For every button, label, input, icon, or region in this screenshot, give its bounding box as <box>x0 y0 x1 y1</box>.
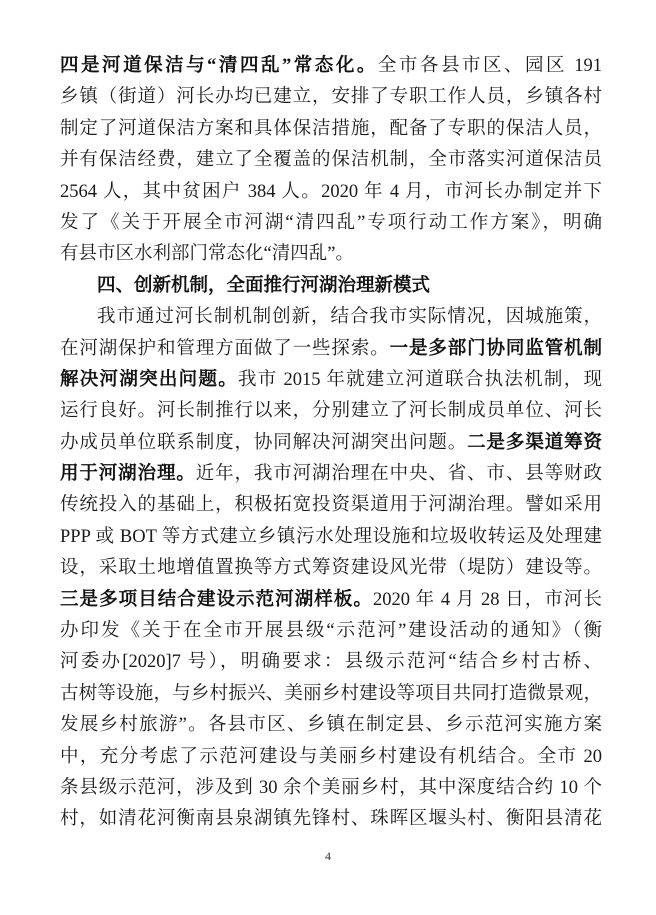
text-line: 古树等设施，与乡村振兴、美丽乡村建设等项目共同打造微景观， <box>60 679 602 710</box>
text-run: 办成员单位联系制度，协同解决河湖突出问题。 <box>60 433 467 453</box>
text-line: 设，采取土地增值置换等方式筹资建设风光带（堤防）建设等。 <box>60 553 602 584</box>
text-run: 有县市区水利部门常态化“清四乱”。 <box>60 244 354 264</box>
text-line: 运行良好。河长制推行以来，分别建立了河长制成员单位、河长 <box>60 396 602 427</box>
text-line: 并有保洁经费，建立了全覆盖的保洁机制，全市落实河道保洁员 <box>60 145 602 176</box>
text-run: 2564 人，其中贫困户 384 人。2020 年 4 月，市河长办制定并下 <box>60 182 602 202</box>
text-run: 村，如清花河衡南县泉湖镇先锋村、珠晖区堰头村、衡阳县清花 <box>60 809 602 829</box>
text-run: 传统投入的基础上，积极拓宽投资渠道用于河湖治理。譬如采用 <box>60 495 602 515</box>
text-run: 条县级示范河，涉及到 30 余个美丽乡村，其中深度结合约 10 个 <box>60 778 602 798</box>
text-line: 中，充分考虑了示范河建设与美丽乡村建设有机结合。全市 20 <box>60 742 602 773</box>
bold-text-run: 一是多部门协同监管机制 <box>390 339 602 359</box>
text-line: PPP 或 BOT 等方式建立乡镇污水处理设施和垃圾收转运及处理建 <box>60 522 602 553</box>
text-run: 我市通过河长制机制创新，结合我市实际情况，因城施策， <box>97 307 602 327</box>
text-run: 在河湖保护和管理方面做了一些探索。 <box>60 339 390 359</box>
text-line: 乡镇（街道）河长办均已建立，安排了专职工作人员，乡镇各村 <box>60 82 602 113</box>
text-run: 2020 年 4 月 28 日，市河长 <box>373 590 602 610</box>
text-line: 解决河湖突出问题。我市 2015 年就建立河道联合执法机制，现 <box>60 365 602 396</box>
text-line: 条县级示范河，涉及到 30 余个美丽乡村，其中深度结合约 10 个 <box>60 773 602 804</box>
text-line: 河委办[2020]7 号），明确要求：县级示范河“结合乡村古桥、 <box>60 647 602 678</box>
bold-text-run: 解决河湖突出问题。 <box>60 370 238 390</box>
bold-text-run: 用于河湖治理。 <box>60 464 196 484</box>
text-run: 并有保洁经费，建立了全覆盖的保洁机制，全市落实河道保洁员 <box>60 150 602 170</box>
text-line: 村，如清花河衡南县泉湖镇先锋村、珠晖区堰头村、衡阳县清花 <box>60 804 602 835</box>
text-run: 古树等设施，与乡村振兴、美丽乡村建设等项目共同打造微景观， <box>60 684 602 704</box>
text-line: 2564 人，其中贫困户 384 人。2020 年 4 月，市河长办制定并下 <box>60 177 602 208</box>
bold-text-run: 四是河道保洁与“清四乱”常态化。 <box>60 56 378 76</box>
text-run: 设，采取土地增值置换等方式筹资建设风光带（堤防）建设等。 <box>60 558 602 578</box>
text-line: 用于河湖治理。近年，我市河湖治理在中央、省、市、县等财政 <box>60 459 602 490</box>
text-run: 制定了河道保洁方案和具体保洁措施，配备了专职的保洁人员， <box>60 119 602 139</box>
text-line: 我市通过河长制机制创新，结合我市实际情况，因城施策， <box>60 302 602 333</box>
text-run: 乡镇（街道）河长办均已建立，安排了专职工作人员，乡镇各村 <box>60 87 602 107</box>
text-line: 传统投入的基础上，积极拓宽投资渠道用于河湖治理。譬如采用 <box>60 490 602 521</box>
bold-text-run: 四、创新机制，全面推行河湖治理新模式 <box>97 276 430 296</box>
text-line: 办成员单位联系制度，协同解决河湖突出问题。二是多渠道筹资 <box>60 428 602 459</box>
text-block: 四是河道保洁与“清四乱”常态化。全市各县市区、园区 191乡镇（街道）河长办均已… <box>60 51 602 836</box>
text-line: 在河湖保护和管理方面做了一些探索。一是多部门协同监管机制 <box>60 334 602 365</box>
text-run: 我市 2015 年就建立河道联合执法机制，现 <box>238 370 602 390</box>
text-run: 发展乡村旅游”。各县市区、乡镇在制定县、乡示范河实施方案 <box>60 715 602 735</box>
text-run: 全市各县市区、园区 191 <box>378 56 602 76</box>
text-run: 河委办[2020]7 号），明确要求：县级示范河“结合乡村古桥、 <box>60 652 602 672</box>
text-run: 中，充分考虑了示范河建设与美丽乡村建设有机结合。全市 20 <box>60 747 602 767</box>
text-line: 四是河道保洁与“清四乱”常态化。全市各县市区、园区 191 <box>60 51 602 82</box>
section-heading-line: 四、创新机制，全面推行河湖治理新模式 <box>60 271 602 302</box>
text-line: 发展乡村旅游”。各县市区、乡镇在制定县、乡示范河实施方案 <box>60 710 602 741</box>
text-line: 制定了河道保洁方案和具体保洁措施，配备了专职的保洁人员， <box>60 114 602 145</box>
text-run: 发了《关于开展全市河湖“清四乱”专项行动工作方案》，明确 <box>60 213 602 233</box>
bold-text-run: 二是多渠道筹资 <box>467 433 602 453</box>
text-run: PPP 或 BOT 等方式建立乡镇污水处理设施和垃圾收转运及处理建 <box>60 527 602 547</box>
document-page: 四是河道保洁与“清四乱”常态化。全市各县市区、园区 191乡镇（街道）河长办均已… <box>0 0 656 915</box>
text-run: 办印发《关于在全市开展县级“示范河”建设活动的通知》（衡 <box>60 621 602 641</box>
text-line: 发了《关于开展全市河湖“清四乱”专项行动工作方案》，明确 <box>60 208 602 239</box>
text-run: 近年，我市河湖治理在中央、省、市、县等财政 <box>196 464 602 484</box>
page-number: 4 <box>0 848 656 864</box>
text-line: 办印发《关于在全市开展县级“示范河”建设活动的通知》（衡 <box>60 616 602 647</box>
bold-text-run: 三是多项目结合建设示范河湖样板。 <box>60 590 373 610</box>
text-line: 三是多项目结合建设示范河湖样板。2020 年 4 月 28 日，市河长 <box>60 585 602 616</box>
text-run: 运行良好。河长制推行以来，分别建立了河长制成员单位、河长 <box>60 401 602 421</box>
text-line: 有县市区水利部门常态化“清四乱”。 <box>60 239 602 270</box>
